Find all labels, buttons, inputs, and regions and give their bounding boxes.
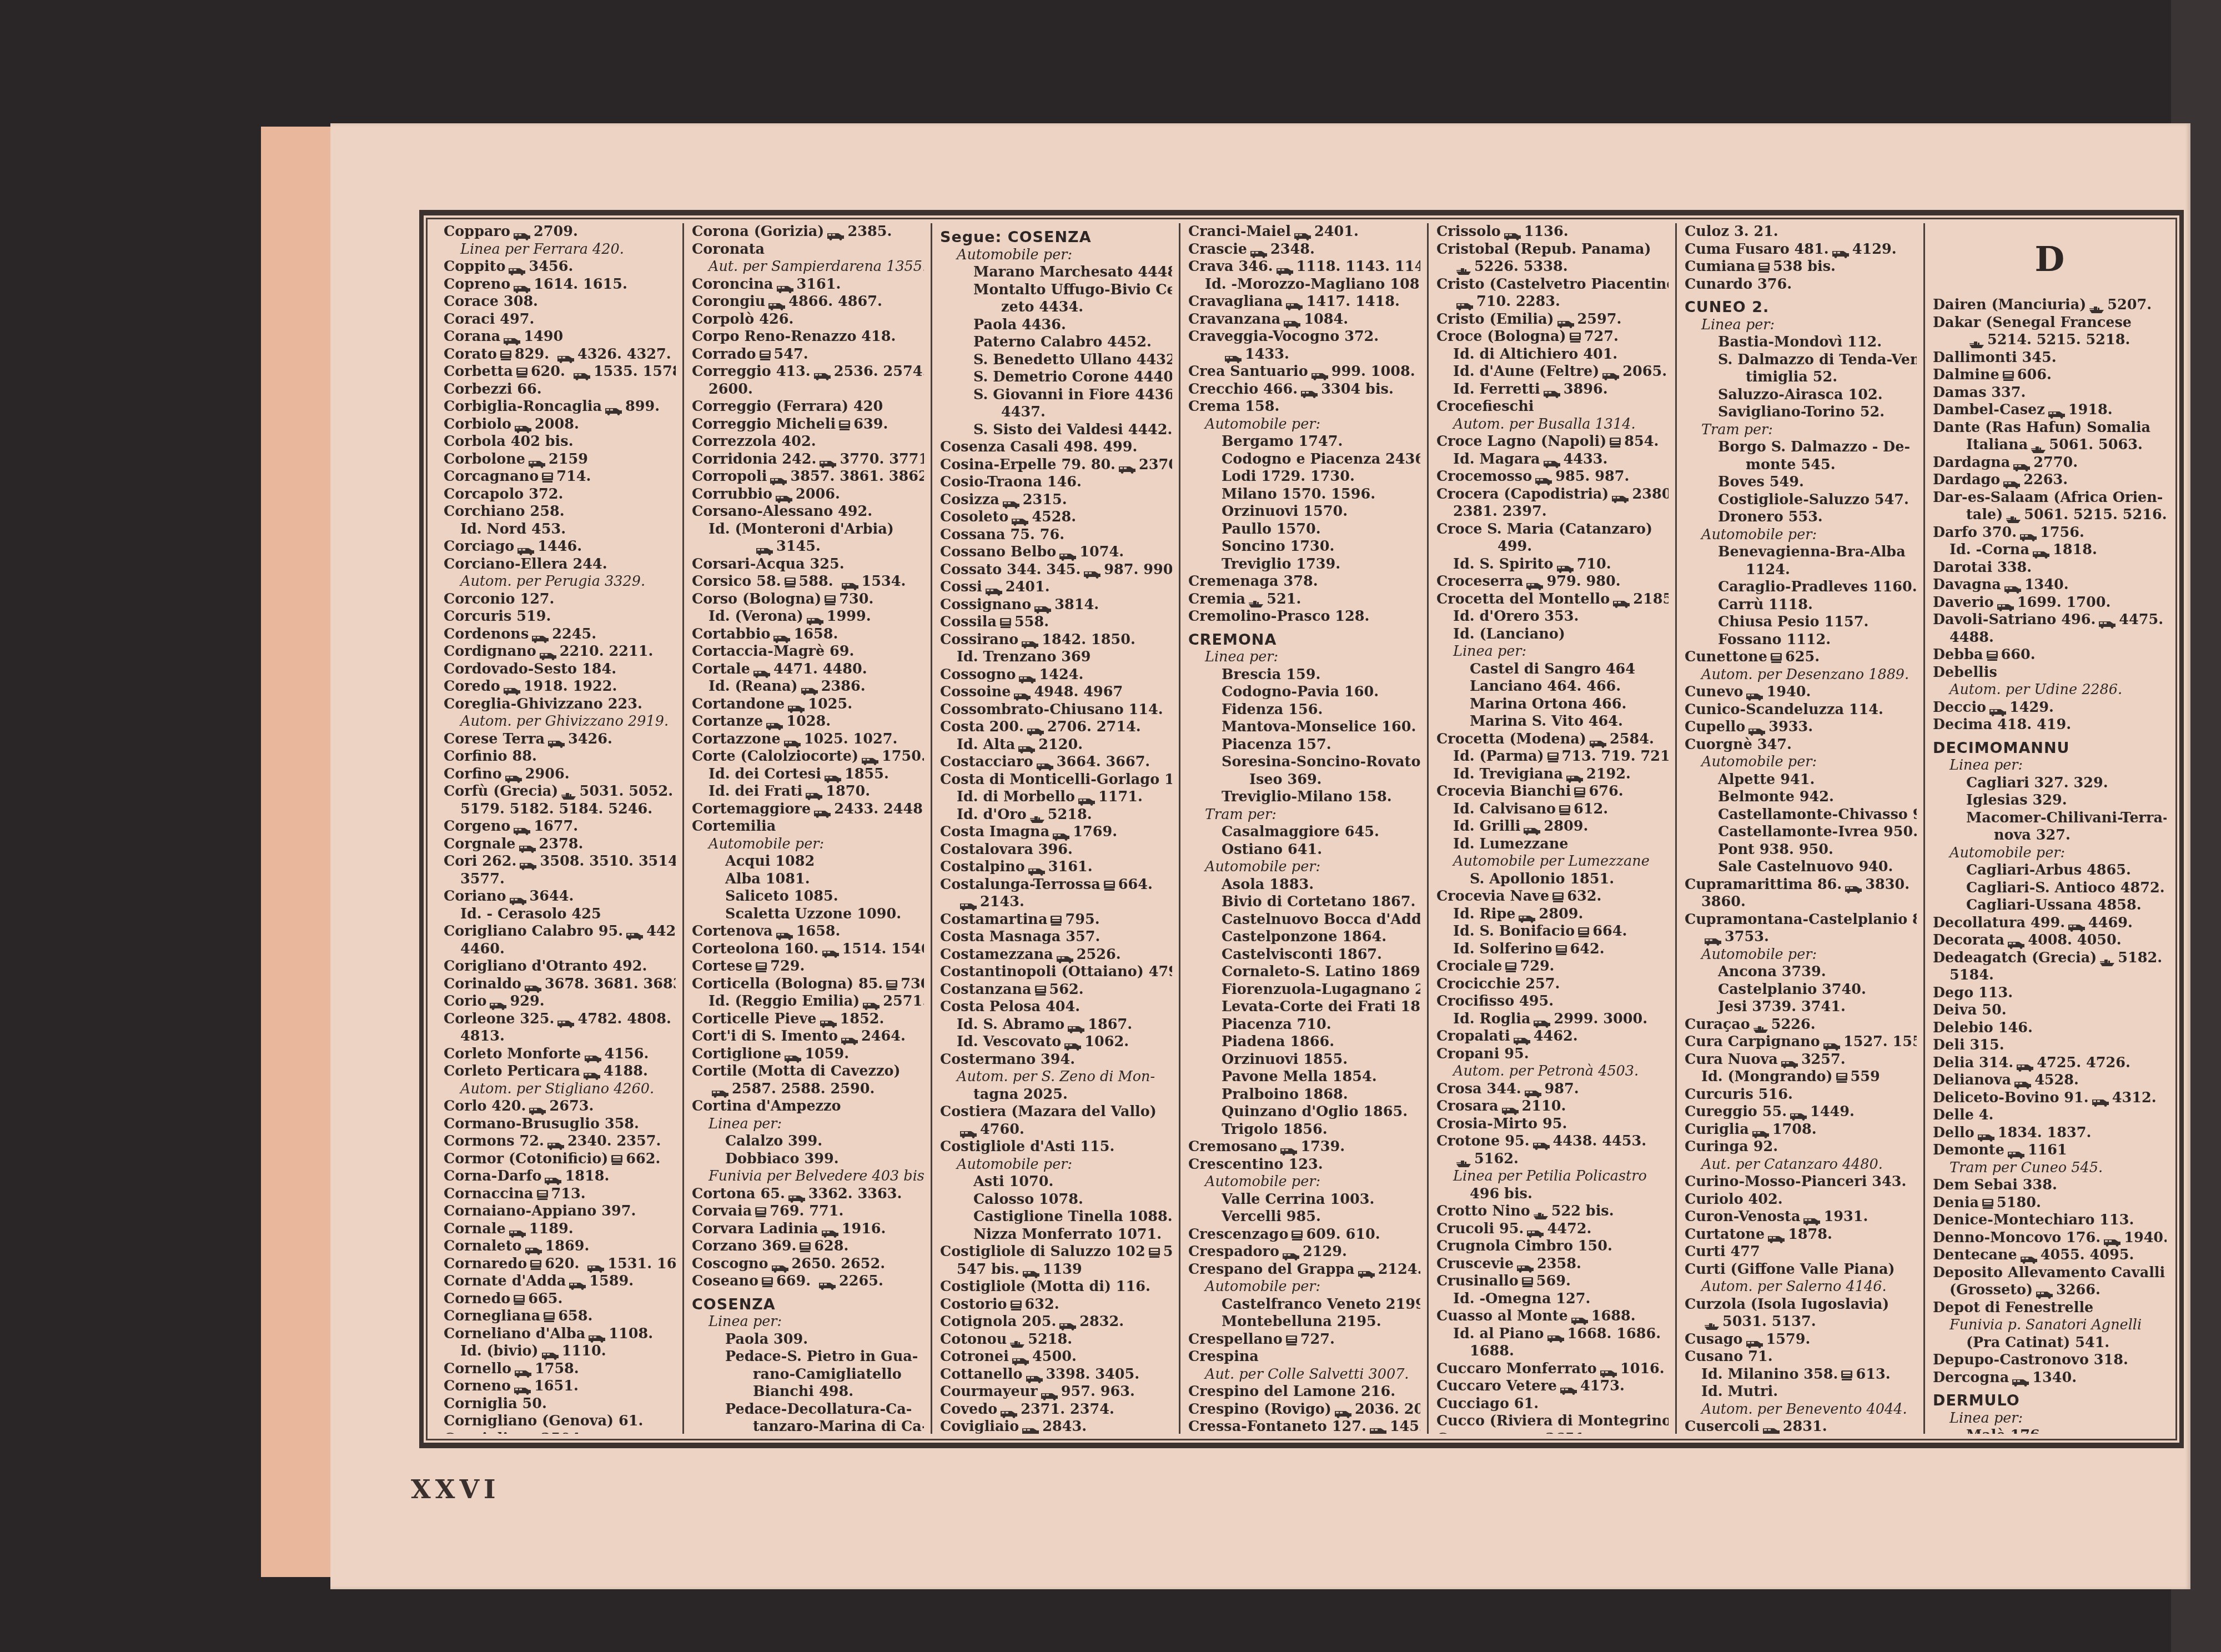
entry-name: Id. Nord 453.	[460, 521, 566, 538]
entry-name: Correggio (Ferrara) 420	[692, 398, 883, 415]
entry-name: Piacenza 157.	[1222, 736, 1331, 753]
entry-name: Costigliole-Saluzzo 547.	[1718, 491, 1909, 508]
entry-name: Corticelle Pieve	[692, 1011, 817, 1027]
index-entry: Croce (Bologna)727.	[1436, 328, 1669, 346]
index-entry: Corridonia 242.3770. 3771. 3839.	[692, 451, 924, 469]
entry-name: Cristobal (Repub. Panama)	[1436, 241, 1651, 258]
index-subheading: Linea per:	[692, 1313, 924, 1331]
index-subheading: Linea per:	[1436, 643, 1669, 661]
index-entry: Coronata	[692, 241, 924, 259]
index-entry: Cucciago 61.	[1436, 1395, 1669, 1413]
bus-icon	[1556, 315, 1575, 324]
entry-name: Darfo 370.	[1933, 524, 2017, 541]
bus-icon	[547, 735, 566, 744]
index-entry: Corteolona 160.1514. 1546.	[692, 941, 924, 958]
index-entry: Cranci-Maiel2401.	[1188, 223, 1420, 241]
index-entry: Correzzola 402.	[692, 433, 924, 451]
entry-name: Cremosano	[1188, 1138, 1277, 1155]
index-entry: Corana1490	[444, 328, 676, 346]
index-entry: Costigliole d'Asti 115.	[940, 1138, 1172, 1156]
entry-table-numbers: 620.	[531, 363, 565, 380]
entry-table-numbers: 899.	[625, 398, 660, 415]
entry-table-numbers: 4462.	[1534, 1028, 1578, 1045]
index-entry: Id. Trevigiana2192.	[1436, 766, 1669, 784]
entry-name: Cura Carpignano	[1685, 1033, 1820, 1050]
entry-name: Automobile per:	[1205, 858, 1320, 875]
bus-icon	[841, 578, 860, 586]
index-entry: Id. al Piano1668. 1686.	[1436, 1325, 1669, 1343]
entry-table-numbers: 2185.	[1633, 591, 1669, 607]
entry-name: Curino-Mosso-Pianceri 343.	[1685, 1173, 1906, 1190]
entry-name: Id. d'Oro	[957, 806, 1027, 823]
entry-table-numbers: 2504.	[541, 1430, 585, 1434]
train-icon	[512, 1293, 526, 1305]
index-entry: Casalmaggiore 645.	[1188, 824, 1420, 841]
entry-name: Cuma Fusaro 481.	[1685, 241, 1829, 258]
index-entry: Dar-es-Salaam (Africa Orien-	[1933, 489, 2167, 507]
bus-icon	[1013, 688, 1032, 697]
index-entry: Crespino (Rovigo)2036. 2037.	[1188, 1401, 1420, 1419]
train-icon	[758, 349, 772, 361]
train-icon	[1034, 984, 1047, 996]
index-entry: Crosara2110.	[1436, 1098, 1669, 1116]
entry-table-numbers: 625.	[1785, 649, 1820, 665]
index-entry: Dercogna1340.	[1933, 1369, 2167, 1387]
train-icon	[529, 1258, 542, 1271]
index-entry: Id. (bivio)1110.	[444, 1343, 676, 1360]
index-entry: Corgnale2378.	[444, 836, 676, 853]
index-entry: Corzano 369.628.	[692, 1238, 924, 1256]
index-entry: Cusago1579.	[1685, 1331, 1917, 1349]
index-entry: Costamezzana2526.	[940, 946, 1172, 964]
entry-name: Coredo	[444, 678, 500, 695]
entry-name: Cura Nuova	[1685, 1051, 1778, 1068]
index-entry: Cortale4471. 4480.	[692, 661, 924, 679]
index-entry: Cuasso al Monte1688.	[1436, 1308, 1669, 1325]
index-entry: Bergamo 1747.	[1188, 433, 1420, 451]
index-entry: Id. Grilli2809.	[1436, 818, 1669, 836]
entry-table-numbers: 3770. 3771. 3839.	[840, 451, 924, 468]
entry-table-numbers: 521.	[1267, 591, 1301, 607]
index-entry: Cornaiano-Appiano 397.	[444, 1203, 676, 1221]
entry-table-numbers: 710.	[1577, 556, 1611, 573]
bus-icon	[787, 700, 806, 709]
entry-name: Costigliole (Motta di) 116.	[940, 1278, 1150, 1295]
index-entry: Costalunga-Terrossa664.	[940, 876, 1172, 894]
index-entry: Corniglio2504.	[444, 1430, 676, 1434]
entry-name: Dakar (Senegal Francese	[1933, 314, 2132, 331]
entry-name: Cornedo	[444, 1291, 510, 1307]
index-entry: Id. Solferino642.	[1436, 941, 1669, 958]
index-subheading: Automobile per:	[1685, 754, 1917, 771]
index-entry: Dairen (Manciuria)5207.	[1933, 297, 2167, 314]
entry-name: Dem Sebai 338.	[1933, 1177, 2057, 1193]
index-section-heading: COSENZA	[692, 1296, 924, 1314]
entry-name: Crocefieschi	[1436, 398, 1534, 415]
entry-name: Curinga 92.	[1685, 1138, 1778, 1155]
entry-table-numbers: 1699. 1700.	[2017, 594, 2111, 611]
bus-icon	[1021, 636, 1039, 645]
index-entry: Delle 4.	[1933, 1107, 2167, 1124]
entry-name: Corcagnano	[444, 468, 539, 485]
index-entry: Crema 158.	[1188, 398, 1420, 416]
index-entry: Cremenaga 378.	[1188, 573, 1420, 591]
entry-name: Aut. per Colle Salvetti 3007.	[1205, 1366, 1409, 1383]
entry-table-numbers: 729.	[770, 958, 805, 975]
index-entry: 710. 2283.	[1436, 293, 1669, 311]
index-entry: Costantinopoli (Ottaiano) 479.	[940, 963, 1172, 981]
index-entry: Marano Marchesato 4448.	[940, 264, 1172, 282]
index-entry: Crescentino 123.	[1188, 1156, 1420, 1174]
index-entry: Id. -Morozzo-Magliano 108.	[1188, 276, 1420, 294]
index-entry: Id. Mutri.	[1685, 1383, 1917, 1401]
index-entry: Corvara Ladinia1916.	[692, 1221, 924, 1238]
entry-name: Benevagienna-Bra-Alba	[1718, 544, 1906, 560]
bus-icon	[1532, 1015, 1551, 1024]
entry-name: (Pra Catinat) 541.	[1966, 1334, 2109, 1351]
bus-icon	[771, 1260, 790, 1269]
index-entry: Belmonte 942.	[1685, 789, 1917, 806]
index-entry: Jesi 3739. 3741.	[1685, 998, 1917, 1016]
entry-name: Cranci-Maiel	[1188, 223, 1291, 240]
entry-name: Craveggia-Vocogno 372.	[1188, 328, 1379, 345]
entry-table-numbers: 727.	[1584, 328, 1619, 345]
index-entry: Corace 308.	[444, 293, 676, 311]
index-entry: Castellamonte-Ivrea 950.	[1685, 824, 1917, 841]
index-entry: Id. (Reana)2386.	[692, 678, 924, 696]
entry-name: timiglia 52.	[1746, 369, 1837, 385]
index-entry: Id. (Monteroni d'Arbia)	[692, 521, 924, 539]
bus-icon	[800, 682, 819, 691]
entry-name: tanzaro-Marina di Ca-	[753, 1418, 924, 1434]
index-entry: Correggio Micheli639.	[692, 416, 924, 434]
bus-icon	[1011, 1353, 1030, 1362]
entry-name: Id. d'Aune (Feltre)	[1453, 363, 1599, 380]
entry-table-numbers: 1651.	[534, 1378, 579, 1394]
entry-table-numbers: 1025.	[808, 696, 852, 712]
index-entry: Crespadoro2129.	[1188, 1243, 1420, 1261]
bus-icon	[586, 1260, 605, 1269]
bus-icon	[528, 1102, 547, 1111]
entry-table-numbers: 1189.	[529, 1221, 574, 1237]
entry-name: Cosina-Erpelle 79. 80.	[940, 456, 1115, 473]
entry-name: Autom. per Busalla 1314.	[1453, 416, 1636, 433]
entry-name: Cusano 71.	[1685, 1348, 1773, 1365]
entry-name: Cornaleto	[444, 1238, 522, 1254]
index-entry: Corcapolo 372.	[444, 486, 676, 504]
index-entry: Pedace-S. Pietro in Gua-	[692, 1348, 924, 1366]
entry-name: Culoz 3. 21.	[1685, 223, 1778, 240]
bus-icon	[1063, 1038, 1082, 1047]
entry-name: Cormor (Cotonificio)	[444, 1151, 608, 1167]
entry-table-numbers: 4472.	[1547, 1221, 1591, 1237]
entry-name: Paterno Calabro 4452.	[973, 334, 1152, 350]
index-entry: Cuccurano3651.	[1436, 1430, 1669, 1434]
entry-name: Cossi	[940, 579, 982, 595]
entry-table-numbers: 2245.	[552, 626, 596, 642]
bus-icon	[775, 490, 793, 499]
entry-name: Funivia p. Sanatori Agnelli	[1949, 1317, 2142, 1333]
entry-table-numbers: 3257.	[1801, 1051, 1846, 1068]
index-entry: Davoli-Satriano 496.4475.	[1933, 611, 2167, 629]
entry-name: Corbola 402 bis.	[444, 433, 574, 450]
bus-icon	[1224, 350, 1243, 359]
entry-name: 547 bis.	[957, 1261, 1019, 1278]
bus-icon	[507, 263, 526, 272]
entry-table-numbers: 1818.	[565, 1168, 609, 1184]
bus-icon	[1546, 1330, 1565, 1339]
entry-table-numbers: 1490	[524, 328, 563, 345]
entry-name: Crocetta (Modena)	[1436, 731, 1586, 747]
entry-name: Crugnola Cimbro 150.	[1436, 1238, 1612, 1254]
index-subheading: Automobile per:	[940, 1156, 1172, 1174]
index-entry: Cureggio 55.1449.	[1685, 1103, 1917, 1121]
entry-name: Cumiana	[1685, 258, 1755, 275]
index-entry: Cravagliana1417. 1418.	[1188, 293, 1420, 311]
index-entry: 2381. 2397.	[1436, 503, 1669, 521]
entry-table-numbers: 3362. 3363.	[808, 1186, 902, 1202]
entry-table-numbers: 714.	[556, 468, 591, 485]
index-entry: Cagliari-S. Antioco 4872.	[1933, 880, 2167, 897]
bus-icon	[787, 1190, 806, 1199]
entry-name: Cuorgnè 347.	[1685, 736, 1792, 753]
entry-name: Crociale	[1436, 958, 1502, 975]
index-entry: (Grosseto)3266.	[1933, 1282, 2167, 1299]
entry-table-numbers: 829.	[515, 346, 549, 363]
entry-table-numbers: 1855.	[845, 766, 889, 782]
index-entry: Costa di Monticelli-Gorlago 154	[940, 771, 1172, 789]
entry-name: Brescia 159.	[1222, 666, 1320, 683]
entry-name: Cagliari-Arbus 4865.	[1966, 862, 2131, 878]
entry-name: Cossirano	[940, 631, 1018, 648]
entry-name: Cruscevie	[1436, 1256, 1514, 1272]
index-entry: Denice-Montechiaro 113.	[1933, 1212, 2167, 1229]
entry-name: Id. (Mongrando)	[1701, 1068, 1833, 1085]
index-entry: Cossana 75. 76.	[940, 526, 1172, 544]
entry-table-numbers: 5182.	[2118, 950, 2162, 966]
entry-name: 499.	[1498, 538, 1532, 555]
entry-table-numbers: 2571.	[883, 993, 924, 1010]
bus-icon	[1745, 688, 1764, 697]
bus-icon	[1052, 828, 1071, 837]
entry-name: Treviglio 1739.	[1222, 556, 1340, 573]
entry-name: Marina Ortona 466.	[1470, 696, 1626, 712]
entry-table-numbers: 1429.	[2009, 699, 2054, 716]
index-entry: Decima 418. 419.	[1933, 716, 2167, 734]
bus-icon	[805, 787, 823, 796]
index-entry: Castellamonte-Chivasso 938.	[1685, 806, 1917, 824]
index-entry: Id. Ferretti3896.	[1436, 381, 1669, 399]
entry-table-numbers: 1918. 1922.	[524, 678, 617, 695]
entry-name: Linea per:	[1205, 649, 1278, 665]
entry-table-numbers: 2906.	[525, 766, 570, 782]
entry-name: Orzinuovi 1570.	[1222, 503, 1348, 520]
entry-name: Denice-Montechiaro 113.	[1933, 1212, 2134, 1228]
index-entry: monte 545.	[1685, 456, 1917, 474]
index-subheading: Autom. per Udine 2286.	[1933, 681, 2167, 699]
index-entry: Paola 4436.	[940, 317, 1172, 334]
entry-name: Corana	[444, 328, 500, 345]
index-entry: Dardago2263.	[1933, 471, 2167, 489]
index-entry: Coseano669. 2265.	[692, 1273, 924, 1291]
entry-name: S. Dalmazzo di Tenda-Ven-	[1718, 352, 1917, 368]
entry-name: Cagliari 327. 329.	[1966, 775, 2108, 791]
entry-name: Crescenzago	[1188, 1226, 1288, 1243]
index-entry: Pont 938. 950.	[1685, 841, 1917, 859]
index-entry: 2143.	[940, 893, 1172, 911]
entry-name: DERMULO	[1933, 1392, 2020, 1409]
entry-name: Acqui 1082	[725, 853, 815, 870]
entry-name: COSENZA	[692, 1296, 776, 1313]
entry-name: Funivia per Belvedere 403 bis	[708, 1168, 924, 1184]
index-entry: Costa Imagna1769.	[940, 824, 1172, 841]
index-entry: Id. (Parma)713. 719. 721.	[1436, 748, 1669, 766]
index-entry: 5226. 5338.	[1436, 258, 1669, 276]
entry-name: Crespano del Grappa	[1188, 1261, 1355, 1278]
entry-name: Crosia-Mirto 95.	[1436, 1116, 1567, 1132]
entry-table-numbers: 2433. 2448.	[834, 801, 924, 817]
entry-name: Crocifisso 495.	[1436, 993, 1554, 1010]
bus-icon	[1522, 822, 1541, 831]
bus-icon	[823, 770, 842, 779]
entry-table-numbers: 3830.	[1865, 876, 1910, 893]
index-entry: S. Benedetto Ullano 4432.	[940, 352, 1172, 369]
index-entry: Cagliari-Ussana 4858.	[1933, 897, 2167, 915]
entry-name: Crocemosso	[1436, 468, 1532, 485]
entry-name: Fiorenzuola-Lugagnano 2433.	[1222, 981, 1420, 998]
train-icon	[1986, 649, 1999, 661]
entry-name: Id. (Lanciano)	[1453, 626, 1565, 642]
entry-table-numbers: 3753.	[1725, 928, 1769, 945]
entry-name: Crema 158.	[1188, 398, 1279, 415]
entry-name: Cosizza	[940, 491, 999, 508]
entry-table-numbers: 2159	[549, 451, 588, 468]
entry-table-numbers: 1118. 1143. 1144.	[1297, 258, 1420, 275]
entry-table-numbers: 1424.	[1039, 666, 1083, 683]
index-entry: Costamartina795.	[940, 911, 1172, 929]
entry-name: Linea per:	[708, 1116, 782, 1132]
entry-name: Deliceto-Bovino 91.	[1933, 1089, 2089, 1106]
index-entry: Crocevia Bianchi676.	[1436, 783, 1669, 801]
entry-table-numbers: 4866. 4867.	[788, 293, 882, 310]
index-entry: Id. Roglia2999. 3000.	[1436, 1011, 1669, 1028]
entry-table-numbers: 5061. 5063.	[2049, 436, 2143, 453]
bus-icon	[556, 350, 575, 359]
index-entry: Cura Nuova3257.	[1685, 1051, 1917, 1069]
entry-name: Linea per:	[1949, 1410, 2023, 1427]
entry-name: S. Benedetto Ullano 4432.	[973, 352, 1172, 368]
index-entry: Cucco (Riviera di Montegrino) 376	[1436, 1413, 1669, 1430]
entry-name: Coraci 497.	[444, 311, 534, 328]
entry-name: Automobile per:	[1205, 1173, 1320, 1190]
bus-icon	[1058, 1318, 1077, 1327]
entry-name: Autom. per Salerno 4146.	[1701, 1278, 1887, 1295]
index-entry: 3145.	[692, 538, 924, 556]
entry-table-numbers: 1842. 1850.	[1042, 631, 1135, 648]
entry-table-numbers: 3857. 3861. 3862.	[790, 468, 924, 485]
entry-table-numbers: 2006.	[796, 486, 840, 503]
index-entry: S. Giovanni in Fiore 4436.	[940, 386, 1172, 404]
index-entry: Cossila558.	[940, 614, 1172, 631]
entry-name: Costacciaro	[940, 754, 1033, 770]
entry-name: Soresina-Soncino-Rovato-	[1222, 754, 1420, 770]
entry-name: rano-Camigliatello	[753, 1366, 902, 1383]
entry-name: Costa 200.	[940, 719, 1024, 735]
index-entry: Cordenons2245.	[444, 626, 676, 644]
entry-name: Courmayeur	[940, 1383, 1038, 1400]
bus-icon	[1570, 1312, 1589, 1321]
entry-name: Cuccaro Vetere	[1436, 1378, 1557, 1394]
entry-table-numbers: 2370.	[1139, 456, 1172, 473]
entry-name: Cossato 344. 345.	[940, 561, 1081, 578]
index-entry: Pralboino 1868.	[1188, 1086, 1420, 1104]
entry-name: Denno-Moncovo 176.	[1933, 1229, 2101, 1246]
bus-icon	[1018, 671, 1037, 680]
index-entry: Sale Castelnuovo 940.	[1685, 858, 1917, 876]
index-subheading: Aut. per Colle Salvetti 3007.	[1188, 1366, 1420, 1384]
bus-icon	[1611, 490, 1630, 499]
entry-name: Savigliano-Torino 52.	[1718, 404, 1885, 420]
entry-name: Marano Marchesato 4448.	[973, 264, 1172, 280]
entry-name: Correzzola 402.	[692, 433, 816, 450]
entry-name: Id. -Corna	[1949, 541, 2029, 558]
bus-icon	[1532, 1137, 1551, 1146]
bus-icon	[524, 980, 542, 989]
entry-name: Coriano	[444, 888, 506, 905]
entry-name: Curti (Giffone Valle Piana)	[1685, 1261, 1895, 1278]
index-entry: Codogno-Pavia 160.	[1188, 684, 1420, 701]
entry-table-numbers: 1614. 1615.	[534, 276, 627, 293]
entry-name: 4437.	[1001, 404, 1046, 420]
index-entry: Corato829. 4326. 4327.	[444, 346, 676, 364]
entry-name: Corpolò 426.	[692, 311, 793, 328]
index-entry: Cornigliano (Genova) 61.	[444, 1413, 676, 1430]
entry-table-numbers: 2348.	[1270, 241, 1315, 258]
entry-name: Corato	[444, 346, 497, 363]
index-entry: Curino-Mosso-Pianceri 343.	[1685, 1173, 1917, 1191]
bus-icon	[514, 1365, 532, 1374]
index-column-5: Crissolo1136.Cristobal (Repub. Panama)52…	[1429, 223, 1677, 1434]
index-entry: Corbiglia-Roncaglia899.	[444, 398, 676, 416]
index-entry: Crucoli 95.4472.	[1436, 1221, 1669, 1238]
entry-name: Cusago	[1685, 1331, 1743, 1348]
train-icon	[1577, 926, 1590, 938]
entry-name: Cristo (Emilia)	[1436, 311, 1554, 328]
index-entry: Cura Carpignano1527. 1554.	[1685, 1033, 1917, 1051]
index-entry: Cupello3933.	[1685, 719, 1917, 736]
index-entry: Corvaia769. 771.	[692, 1203, 924, 1221]
index-entry: Costanzana562.	[940, 981, 1172, 999]
ship-icon	[2005, 511, 2022, 520]
index-entry: Corfino2906.	[444, 766, 676, 784]
entry-name: Cureggio 55.	[1685, 1103, 1787, 1120]
entry-name: Delianova	[1933, 1072, 2011, 1088]
bus-icon	[2019, 1251, 2038, 1260]
entry-name: Dentecane	[1933, 1247, 2017, 1263]
index-entry: Copreno1614. 1615.	[444, 276, 676, 294]
entry-name: Id. -Omegna 127.	[1453, 1291, 1590, 1307]
index-entry: Craveggia-Vocogno 372.	[1188, 328, 1420, 346]
entry-table-numbers: 1139	[1043, 1261, 1082, 1278]
entry-name: Covedo	[940, 1401, 997, 1418]
entry-name: Dallimonti 345.	[1933, 349, 2057, 366]
index-entry: Crocera (Capodistria)2380	[1436, 486, 1669, 504]
entry-name: Levata-Corte dei Frati 1870.	[1222, 998, 1420, 1015]
index-entry: rano-Camigliatello	[692, 1366, 924, 1384]
entry-name: Dego 113.	[1933, 985, 2013, 1001]
entry-table-numbers: 558.	[1014, 614, 1049, 630]
entry-table-numbers: 2673.	[549, 1098, 594, 1114]
